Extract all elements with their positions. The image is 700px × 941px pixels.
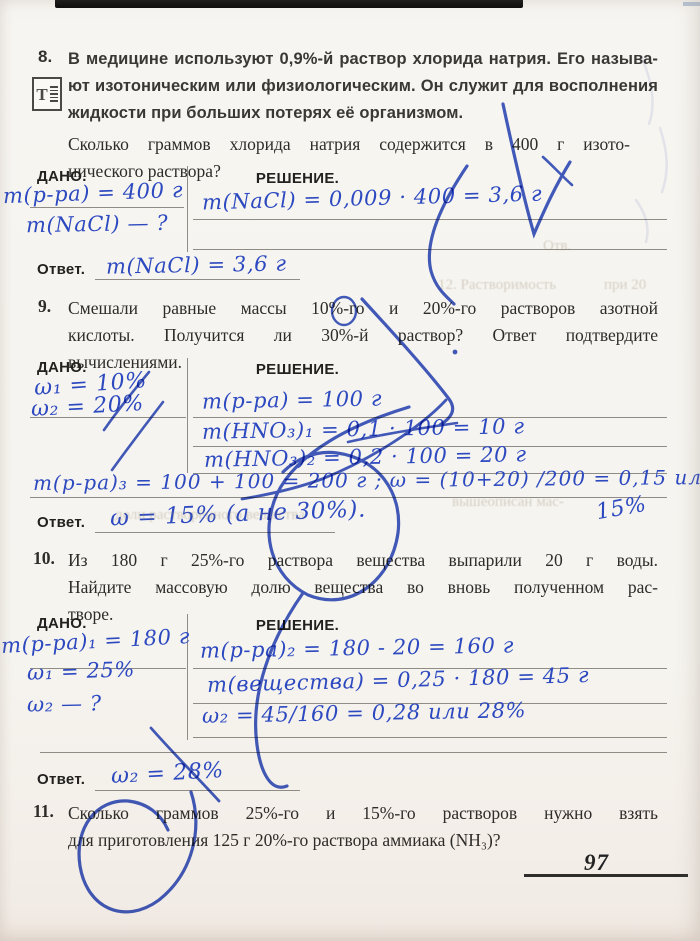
problem-8-text-line: ют изотоническим или физиологическим. Он… [68,73,658,100]
textbook-icon-lines [50,86,58,102]
handwriting-solution: m(p-pa) = 100 г [202,386,383,413]
bleedthrough-text: вышеописан мас- [452,494,564,511]
ruled-line [30,207,184,208]
handwriting-solution: ω₂ = 45/160 = 0,28 или 28% [202,698,526,728]
bleedthrough-text: Отв. [543,238,571,255]
answer-line [95,279,300,280]
bleedthrough-text: при 20 [604,277,646,294]
answer-label: Ответ. [37,261,85,279]
answer-label: Ответ. [37,771,85,789]
problem-10-text-line: Из 180 г 25%-го раствора вещества выпари… [68,547,658,574]
column-divider [187,166,188,252]
problem-8-number: 8. [38,46,52,68]
problem-8-text-line: жидкости при больших потерях её организм… [68,100,658,127]
problem-11-number: 11. [33,800,54,822]
problem-10-text-line: творе. [68,601,658,628]
bleedthrough-text: 12. Растворимость [438,277,556,294]
answer-line [95,532,335,533]
bleedthrough-text: доли растворённого вещества [115,507,305,524]
problem-11-text-line: Сколько граммов 25%-го и 15%-го растворо… [68,800,658,827]
answer-label: Ответ. [37,514,85,532]
handwriting-answer: ω₂ = 28% [110,758,224,789]
ruled-line [193,219,667,220]
column-divider [187,358,188,473]
problem-11-text-line: для приготовления 125 г 20%-го раствора … [68,827,658,854]
ink-bleed-stroke [636,200,648,242]
handwriting-given: ω₂ — ? [27,691,102,716]
ruled-line [193,249,667,250]
problem-8-text-line: В медицине используют 0,9%-й раствор хло… [68,46,658,73]
problem-9-number: 9. [38,295,51,317]
ink-bleed-stroke [660,128,667,192]
solution-label: РЕШЕНИЕ. [240,361,355,379]
answer-line [95,790,300,791]
ruled-line [193,737,667,738]
problem-8-question-line: Сколько граммов хлорида натрия содержитс… [68,131,630,158]
scan-corner-mark [683,2,700,6]
scan-edge-strip [55,0,523,8]
handwriting-given: m(p-pa)₁ = 180 г [1,624,191,658]
handwriting-given: m(p-pa) = 400 г [3,178,184,208]
handwriting-given: m(NaCl) — ? [26,211,169,237]
problem-10-text-line: Найдите массовую долю вещества во вновь … [68,574,658,601]
workbook-scan-page: 8. T В медицине используют 0,9%-й раство… [0,0,700,941]
problem-10-number: 10. [33,547,55,569]
handwriting-solution-overflow: m(p-pa)₃ = 100 + 100 = 200 г ; ω = (10+2… [33,465,700,495]
page-number-rule [524,874,688,877]
handwriting-answer: m(NaCl) = 3,6 г [106,251,287,278]
problem-9-text-line: кислоты. Получится ли 30%-й раствор? Отв… [68,322,658,349]
problem-9-text-line: Смешали равные массы 10%-го и 20%-го рас… [68,295,658,322]
handwriting-solution: m(HNO₃)₁ = 0,1 · 100 = 10 г [202,414,525,444]
handwriting-given: ω₁ = 25% [27,657,136,685]
textbook-icon: T [32,77,62,111]
solution-label: РЕШЕНИЕ. [240,617,355,635]
problem-9-text-line: вычислениями. [68,349,658,376]
ruled-line [40,752,667,753]
handwriting-solution: m(p-pa)₂ = 180 - 20 = 160 г [200,633,514,662]
textbook-icon-letter: T [36,86,47,103]
page-number: 97 [584,850,609,876]
solution-label: РЕШЕНИЕ. [240,170,355,188]
